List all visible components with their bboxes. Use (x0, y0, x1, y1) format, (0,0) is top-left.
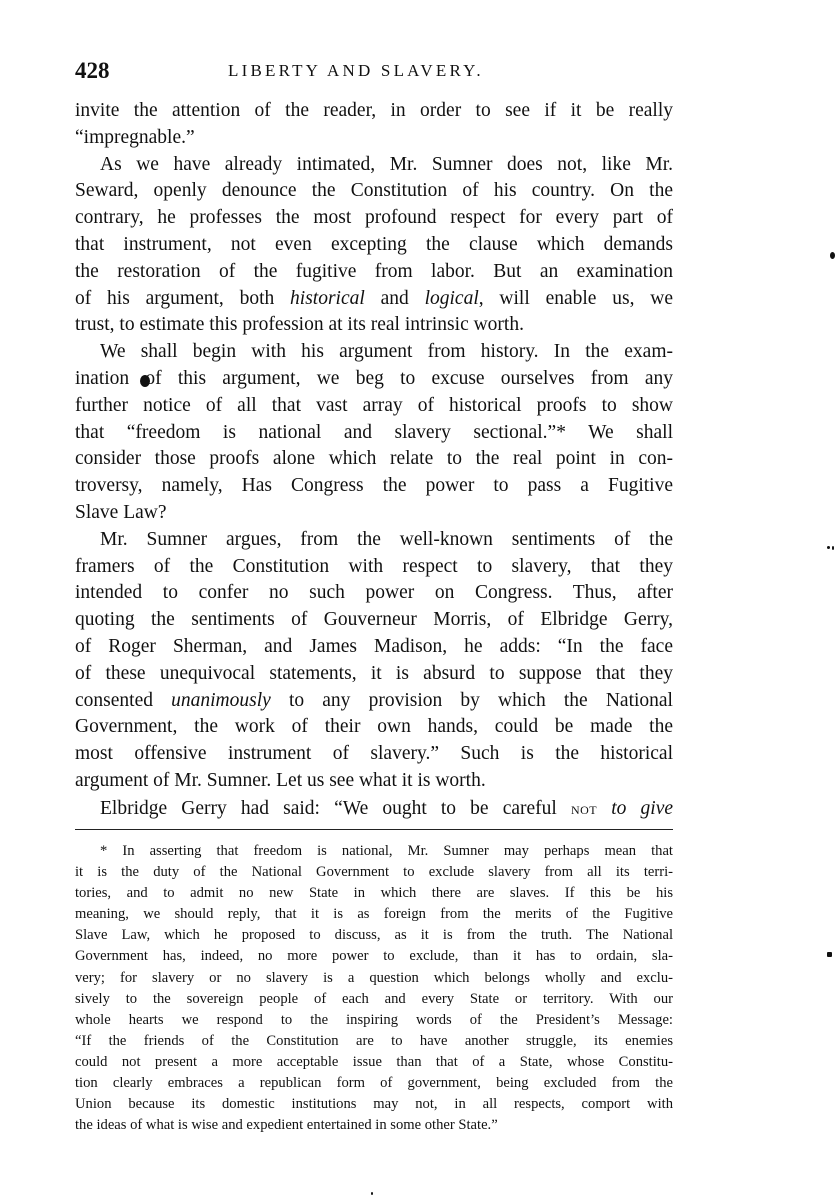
book-page: 428 LIBERTY AND SLAVERY. invite the atte… (0, 0, 835, 1200)
footnote-line: tion clearly embraces a republican form … (75, 1073, 673, 1094)
body-line: contrary, he professes the most profound… (75, 205, 673, 232)
body-line: that “freedom is national and slavery se… (75, 420, 673, 447)
italic-emphasis: historical (290, 288, 365, 309)
footnote-line: it is the duty of the National Governmen… (75, 862, 673, 883)
body-line: argument of Mr. Sumner. Let us see what … (75, 768, 673, 795)
body-line: the restoration of the fugitive from lab… (75, 259, 673, 286)
small-caps-emphasis: not (571, 798, 611, 818)
margin-speck (827, 952, 832, 957)
footnote-line: meaning, we should reply, that it is as … (75, 904, 673, 925)
footnote-line: * In asserting that freedom is national,… (75, 841, 673, 862)
body-line: Elbridge Gerry had said: “We ought to be… (75, 795, 673, 822)
body-line: Government, the work of their own hands,… (75, 714, 673, 741)
page-number: 428 (75, 58, 110, 84)
body-line: of his argument, both historical and log… (75, 286, 673, 313)
body-line: quoting the sentiments of Gouverneur Mor… (75, 607, 673, 634)
italic-emphasis: unanimously (171, 690, 271, 711)
footnote-line: could not present a more acceptable issu… (75, 1052, 673, 1073)
margin-speck (827, 546, 830, 549)
body-line: framers of the Constitution with respect… (75, 554, 673, 581)
body-line: invite the attention of the reader, in o… (75, 98, 673, 125)
body-line: intended to confer no such power on Cong… (75, 580, 673, 607)
body-line: Slave Law? (75, 500, 673, 527)
footnote-line: very; for slavery or no slavery is a que… (75, 968, 673, 989)
footnote-line: tories, and to admit no new State in whi… (75, 883, 673, 904)
body-text: invite the attention of the reader, in o… (75, 98, 673, 822)
body-line: of Roger Sherman, and James Madison, he … (75, 634, 673, 661)
body-line: further notice of all that vast array of… (75, 393, 673, 420)
body-line: most offensive instrument of slavery.” S… (75, 741, 673, 768)
margin-speck (832, 546, 834, 550)
body-line: troversy, namely, Has Congress the power… (75, 473, 673, 500)
footnote-line: “If the friends of the Constitution are … (75, 1031, 673, 1052)
footnote-line: the ideas of what is wise and expedient … (75, 1115, 673, 1136)
footnote-line: Slave Law, which he proposed to discuss,… (75, 925, 673, 946)
footnote-rule (75, 829, 673, 830)
body-line: “impregnable.” (75, 125, 673, 152)
footnote-line: sively to the sovereign people of each a… (75, 989, 673, 1010)
body-line: trust, to estimate this profession at it… (75, 312, 673, 339)
body-line: that instrument, not even excepting the … (75, 232, 673, 259)
footnote-line: whole hearts we respond to the inspiring… (75, 1010, 673, 1031)
body-line: of these unequivocal statements, it is a… (75, 661, 673, 688)
footnote: * In asserting that freedom is national,… (75, 841, 673, 1136)
body-line: Mr. Sumner argues, from the well-known s… (75, 527, 673, 554)
footnote-line: Government has, indeed, no more power to… (75, 946, 673, 967)
italic-emphasis: to give (611, 798, 673, 819)
body-line: consider those proofs alone which relate… (75, 446, 673, 473)
page-header: 428 LIBERTY AND SLAVERY. (75, 58, 673, 88)
body-line: As we have already intimated, Mr. Sumner… (75, 152, 673, 179)
body-line: Seward, openly denounce the Constitution… (75, 178, 673, 205)
body-line: consented unanimously to any provision b… (75, 688, 673, 715)
margin-speck (830, 252, 835, 259)
ink-blot (140, 375, 150, 387)
body-line: ination of this argument, we beg to excu… (75, 366, 673, 393)
scan-speck (371, 1192, 373, 1195)
body-line: We shall begin with his argument from hi… (75, 339, 673, 366)
running-title: LIBERTY AND SLAVERY. (228, 61, 484, 81)
italic-emphasis: logical (425, 288, 479, 309)
footnote-line: Union because its domestic institutions … (75, 1094, 673, 1115)
